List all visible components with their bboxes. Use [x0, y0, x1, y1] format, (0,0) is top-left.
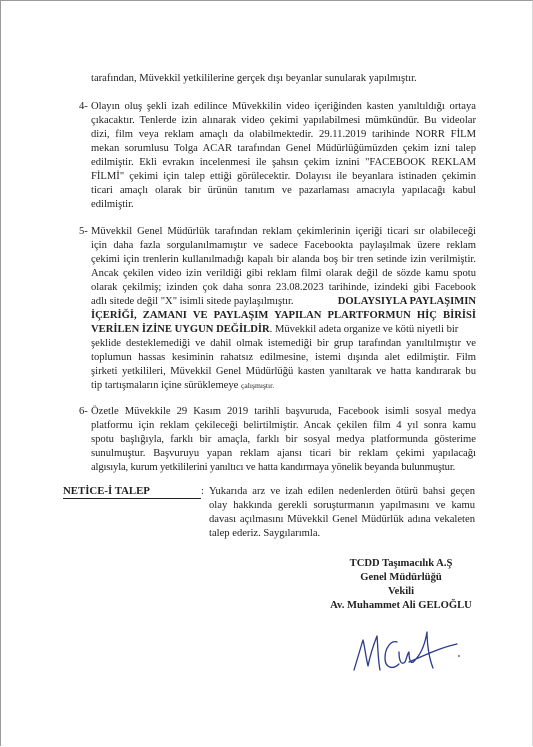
item-6-line: spotu başlığıyla, farklı bir amaçla, far…: [91, 433, 476, 447]
item-5-line: için daha fazla sorgulanılmamıştır ve sa…: [91, 239, 476, 253]
item-4-line: FİLMİ" çekimi için talep ettiği görülece…: [91, 170, 476, 184]
item-5-line: şeklide desteklemediği ve dahil olmak is…: [91, 337, 476, 351]
item-5-last-small: çalışmıştır.: [241, 381, 274, 390]
item-4-line: dizi, film veya reklam amaçlı da olabilm…: [91, 128, 476, 142]
document-page: tarafından, Müvekkil yetkililerine gerçe…: [0, 0, 533, 746]
netice-colon: :: [201, 485, 204, 499]
item-5-bold-line: İÇERİĞİ, ZAMANI VE PAYLAŞIM YAPILAN PLAR…: [91, 309, 476, 323]
item-5-line: VERİLEN İZİNE UYGUN DEĞİLDİR. Müvekkil a…: [91, 323, 476, 337]
signature-org: TCDD Taşımacılık A.Ş: [319, 557, 483, 571]
item-6-line: Özetle Müvekkile 29 Kasım 2019 tarihli b…: [91, 405, 476, 419]
item-5-line: toplumun hassas kesiminin rahatsız edilm…: [91, 351, 476, 365]
item-4-line: Olayın oluş şekli izah edilince Müvekkil…: [91, 100, 476, 114]
item-5-line8-text: . Müvekkil adeta organize ve kötü niyetl…: [270, 324, 459, 335]
item-4-line: edilmiştir. Ekli evrakın incelenmesi ile…: [91, 156, 476, 170]
item-4-line: mekan sorumlusu Tolga ACAR tarafından Ge…: [91, 142, 476, 156]
netice-line: davası açılmasını Müvekkil Genel Müdürlü…: [209, 513, 475, 527]
item-5-number: 5-: [79, 225, 88, 239]
item-5-line: olarak çekilmiş; izinden çok daha sonra …: [91, 281, 476, 295]
item-5-last-text: tip tartışmaların içine sürüklemeye: [91, 380, 241, 391]
netice-line: Yukarıda arz ve izah edilen nedenlerden …: [209, 485, 475, 499]
intro-line: tarafından, Müvekkil yetkililerine gerçe…: [91, 72, 417, 86]
item-4-line: edilmiştir.: [91, 198, 134, 212]
item-6-number: 6-: [79, 405, 88, 419]
signature-dept: Genel Müdürlüğü: [319, 571, 483, 585]
netice-i-talep-heading: NETİCE-İ TALEP: [63, 485, 201, 499]
netice-line: talep ederiz. Saygılarımla.: [209, 527, 320, 541]
item-4-line: ticari amaçlı olarak bir ürünün tanıtım …: [91, 184, 476, 198]
item-6-line: sunulmuştur. Başvuruyu yapan reklam ajan…: [91, 447, 476, 461]
item-5-line8-bold: VERİLEN İZİNE UYGUN DEĞİLDİR: [91, 324, 270, 335]
netice-line: olay hakkında gerekli soruşturmanın yapı…: [209, 499, 475, 513]
item-6-line: algısıyla, kurum yetkililerini yanıltıcı…: [91, 461, 476, 475]
item-5-line: Müvekkil Genel Müdürlük tarafından rekla…: [91, 225, 476, 239]
item-6-line: platformu için reklam çekileceği belirti…: [91, 419, 476, 433]
item-5-line: çekimi için trenlerin kullanılmadığı kap…: [91, 253, 476, 267]
handwritten-signature-icon: [351, 626, 461, 676]
item-5-line6-bold: DOLAYSIYLA PAYLAŞIMIN: [338, 295, 476, 309]
item-5-line: adlı sitede değil "X" isimli sitede payl…: [91, 295, 476, 309]
signature-role: Vekili: [319, 585, 483, 599]
item-4-line: çıkacaktır. Tenlerde izin alınarak video…: [91, 114, 476, 128]
signature-name: Av. Muhammet Ali GELOĞLU: [319, 599, 483, 613]
item-5-line: şirketi yetkilileri, Müvekkil Genel Müdü…: [91, 365, 476, 379]
item-4-number: 4-: [79, 100, 88, 114]
item-5-line: Ancak çekilen video izin verildiği gibi …: [91, 267, 476, 281]
item-5-line6-text: adlı sitede değil "X" isimli sitede payl…: [91, 295, 294, 309]
item-5-line: tip tartışmaların içine sürüklemeye çalı…: [91, 379, 274, 393]
